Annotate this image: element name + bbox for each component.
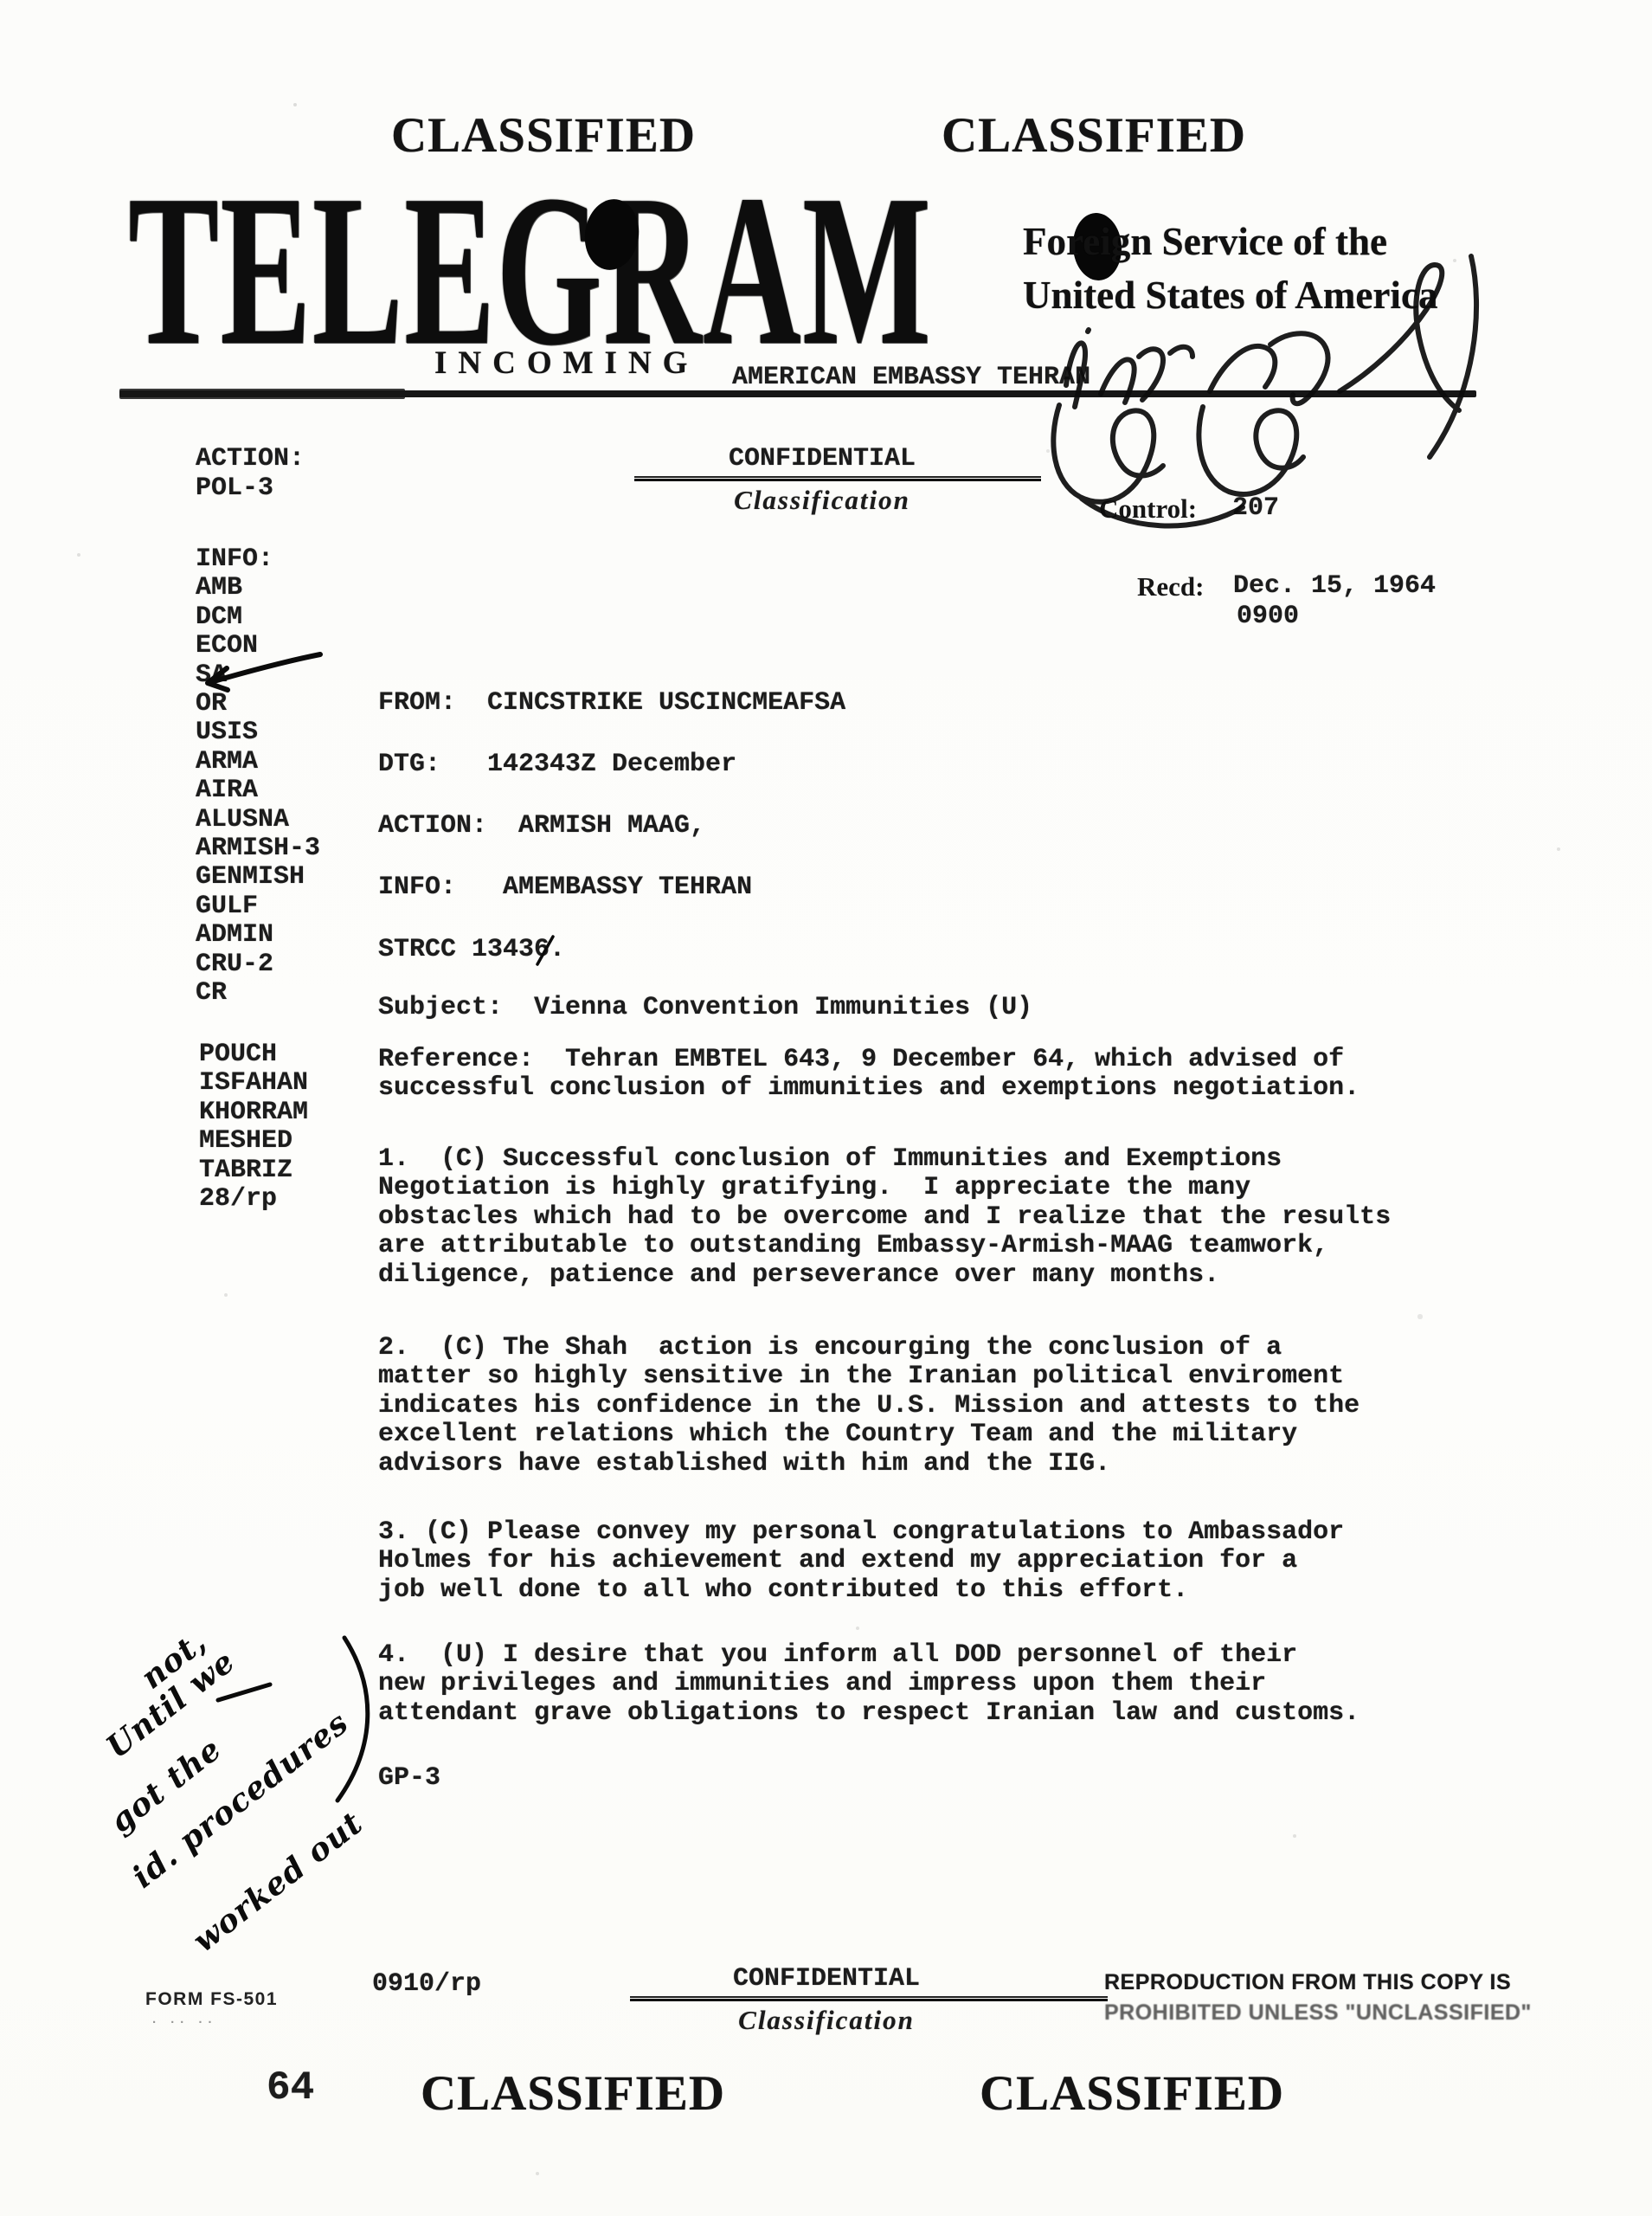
pouch-item: TABRIZ — [199, 1156, 308, 1185]
group-marking: GP-3 — [378, 1764, 440, 1793]
paragraph-2: 2. (C) The Shah action is encourging the… — [378, 1334, 1360, 1478]
info-label: INFO: — [196, 545, 320, 574]
body-line: new privileges and immunities and impres… — [378, 1670, 1360, 1698]
routing-item: GENMISH — [196, 863, 320, 892]
org-line-1: Foreign Service of the — [1023, 220, 1387, 263]
classification-top-line — [634, 476, 1041, 481]
paragraph-1: 1. (C) Successful conclusion of Immuniti… — [378, 1145, 1391, 1290]
body-line: attendant grave obligations to respect I… — [378, 1699, 1360, 1728]
body-line: 2. (C) The Shah action is encourging the… — [378, 1334, 1360, 1362]
reference-line: successful conclusion of immunities and … — [378, 1074, 1360, 1103]
form-subtext: · ·· ·· — [152, 2015, 217, 2030]
body-line: diligence, patience and perseverance ove… — [378, 1261, 1391, 1290]
from-line: FROM: CINCSTRIKE USCINCMEAFSA — [378, 689, 845, 718]
header-rule-blotch — [119, 389, 405, 399]
body-line: obstacles which had to be overcome and I… — [378, 1203, 1391, 1232]
control-label: Control: — [1099, 493, 1197, 525]
routing-item: ARMISH-3 — [196, 834, 320, 863]
reference-line: Reference: Tehran EMBTEL 643, 9 December… — [378, 1046, 1360, 1074]
routing-item: GULF — [196, 892, 320, 921]
classification-bottom-line — [630, 1996, 1108, 2001]
routing-item: ALUSNA — [196, 806, 320, 834]
action-label: ACTION: — [196, 445, 305, 473]
operator-initials: 0910/rp — [372, 1970, 481, 1999]
pouch-item: ISFAHAN — [199, 1069, 308, 1098]
routing-item: ECON — [196, 632, 320, 660]
routing-item: OR — [196, 690, 320, 718]
incoming-label: INCOMING — [434, 345, 698, 382]
body-line: indicates his confidence in the U.S. Mis… — [378, 1392, 1360, 1420]
subject-line: Subject: Vienna Convention Immunities (U… — [378, 994, 1032, 1022]
classified-stamp-bottom-right: CLASSIFIED — [976, 2065, 1288, 2122]
org-line-2: United States of America — [1023, 274, 1438, 317]
body-line: 4. (U) I desire that you inform all DOD … — [378, 1641, 1360, 1670]
body-line: Negotiation is highly gratifying. I appr… — [378, 1174, 1391, 1202]
paragraph-3: 3. (C) Please convey my personal congrat… — [378, 1518, 1344, 1605]
control-value: 207 — [1232, 494, 1279, 523]
routing-item: AIRA — [196, 776, 320, 805]
received-time: 0900 — [1237, 602, 1299, 631]
classification-bottom-value: CONFIDENTIAL — [606, 1965, 1047, 1994]
body-line: excellent relations which the Country Te… — [378, 1420, 1360, 1449]
classification-bottom-caption: Classification — [606, 2005, 1047, 2036]
reference-block: Reference: Tehran EMBTEL 643, 9 December… — [378, 1046, 1360, 1104]
routing-item: CR — [196, 979, 320, 1008]
scan-speckles — [0, 0, 2, 2]
routing-item: AMB — [196, 574, 320, 602]
routing-item: USIS — [196, 718, 320, 747]
signature-scribble — [1053, 405, 1163, 502]
form-number: FORM FS-501 — [145, 1989, 278, 2010]
distribution-list: INFO: AMB DCM ECON SA OR USIS ARMA AIRA … — [196, 545, 320, 1008]
pouch-item: 28/rp — [199, 1185, 308, 1214]
body-line: are attributable to outstanding Embassy-… — [378, 1232, 1391, 1260]
body-line: Holmes for his achievement and extend my… — [378, 1547, 1344, 1575]
reproduction-stamp-line-1: REPRODUCTION FROM THIS COPY IS — [1104, 1970, 1511, 1995]
body-line: job well done to all who contributed to … — [378, 1576, 1344, 1605]
signature-scribble — [1088, 330, 1089, 332]
pouch-list: POUCH ISFAHAN KHORRAM MESHED TABRIZ 28/r… — [199, 1040, 308, 1214]
action-value: POL-3 — [196, 474, 273, 503]
telegram-page: CLASSIFIED CLASSIFIED TELEGRAM Foreign S… — [0, 0, 1652, 2216]
page-number: 64 — [267, 2074, 314, 2103]
body-line: matter so highly sensitive in the Irania… — [378, 1362, 1360, 1391]
body-line: advisors have established with him and t… — [378, 1450, 1360, 1478]
station-name: AMERICAN EMBASSY TEHRAN — [732, 364, 1090, 392]
paragraph-4: 4. (U) I desire that you inform all DOD … — [378, 1641, 1360, 1728]
routing-item: ADMIN — [196, 921, 320, 950]
received-label: Recd: — [1137, 571, 1204, 602]
reproduction-stamp-line-2: PROHIBITED UNLESS "UNCLASSIFIED" — [1104, 2000, 1532, 2026]
action-line: ACTION: ARMISH MAAG, — [378, 812, 705, 841]
handwriting-overbar — [218, 1685, 270, 1700]
routing-item-struck: SA — [196, 661, 320, 690]
routing-item: CRU-2 — [196, 950, 320, 979]
strcc-line: STRCC 13436. — [378, 936, 565, 964]
body-line: 3. (C) Please convey my personal congrat… — [378, 1518, 1344, 1547]
routing-item: ARMA — [196, 748, 320, 776]
classified-stamp-top-right: CLASSIFIED — [938, 107, 1250, 164]
classification-top-caption: Classification — [606, 485, 1038, 516]
pouch-item: KHORRAM — [199, 1098, 308, 1127]
pouch-item: MESHED — [199, 1127, 308, 1156]
signature-scribble — [1199, 407, 1303, 494]
info-line: INFO: AMEMBASSY TEHRAN — [378, 873, 752, 902]
classified-stamp-bottom-left: CLASSIFIED — [417, 2065, 729, 2122]
received-date: Dec. 15, 1964 — [1233, 572, 1436, 601]
routing-item: DCM — [196, 603, 320, 632]
dtg-line: DTG: 142343Z December — [378, 750, 736, 779]
classification-top-value: CONFIDENTIAL — [606, 445, 1038, 473]
pouch-item: POUCH — [199, 1040, 308, 1069]
body-line: 1. (C) Successful conclusion of Immuniti… — [378, 1145, 1391, 1174]
